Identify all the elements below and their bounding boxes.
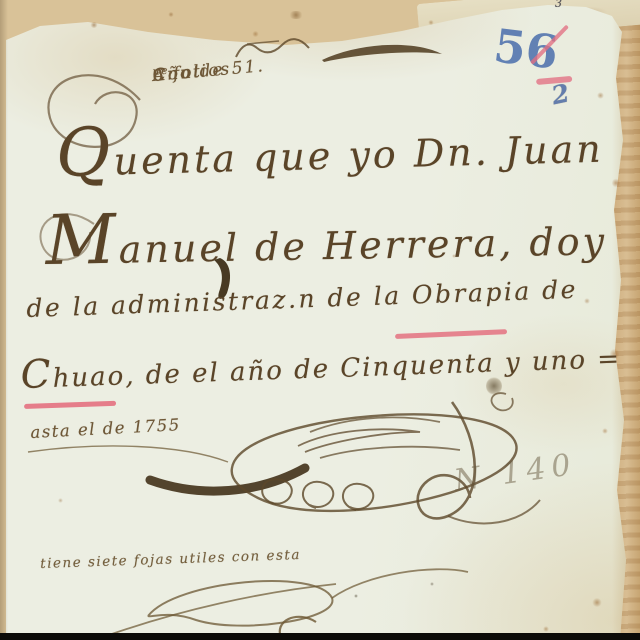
- foxing-spot: [58, 498, 63, 503]
- ink-speck: [354, 594, 358, 598]
- foxing-spot: [90, 22, 98, 28]
- ink-blot-stain: [486, 377, 502, 395]
- blue-folio-number: 56: [491, 18, 561, 79]
- foxing-spot: [543, 626, 549, 632]
- foxing-spot: [252, 31, 259, 37]
- title-line-2: Manuel de Herrera, doy: [45, 198, 607, 276]
- page-left-shadow: [0, 0, 8, 640]
- foxing-smudge: [288, 11, 304, 19]
- ink-speck: [430, 582, 434, 586]
- manuscript-photo: Año de 51. Contne. 6 folios Quenta que y…: [0, 0, 640, 640]
- edge-stain: [612, 178, 620, 188]
- foxing-spot: [584, 298, 590, 304]
- corner-pencil-mark: 3: [555, 0, 562, 10]
- foxing-spot: [592, 598, 602, 607]
- foxing-spot: [602, 428, 608, 434]
- photo-crop-edge: [0, 633, 640, 640]
- foxing-spot: [428, 20, 434, 25]
- foxing-spot: [168, 12, 174, 17]
- foxing-spot: [597, 92, 604, 99]
